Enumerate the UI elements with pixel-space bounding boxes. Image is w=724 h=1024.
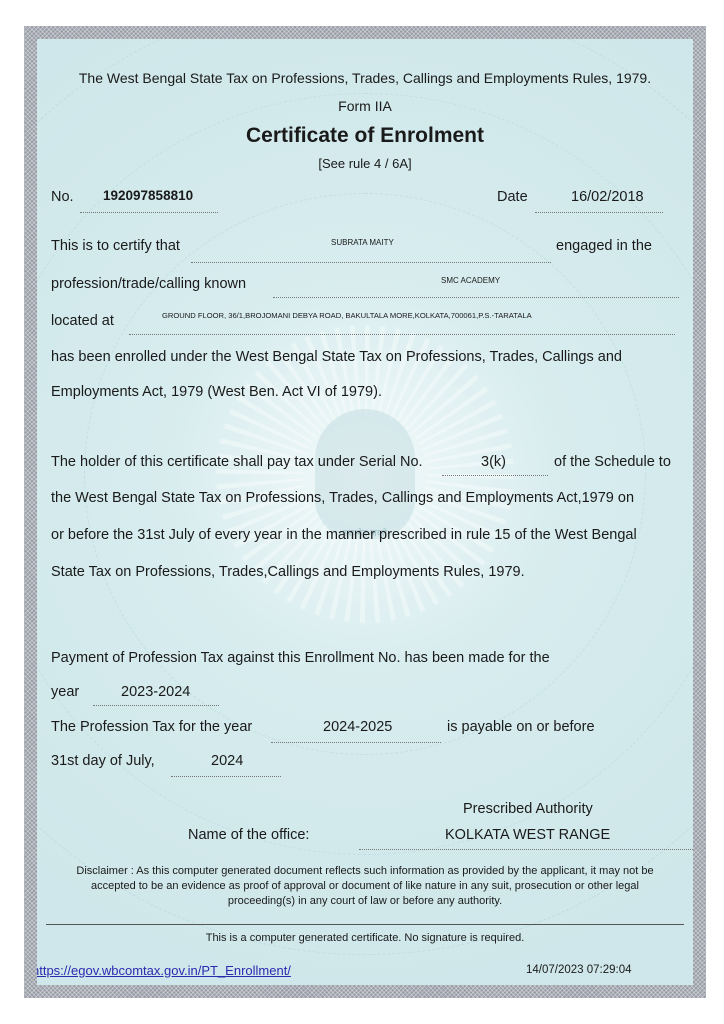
enrolment-no-label: No.: [51, 189, 74, 205]
business-name: SMC ACADEMY: [441, 276, 500, 285]
serial-number-underline: [442, 475, 548, 476]
due-date-label: 31st day of July,: [51, 753, 155, 769]
serial-number: 3(k): [481, 454, 506, 470]
enrolment-no-underline: [80, 212, 218, 213]
known-label: profession/trade/calling known: [51, 276, 246, 292]
schedule-line-1-prefix: The holder of this certificate shall pay…: [51, 454, 423, 470]
business-name-underline: [273, 297, 679, 298]
payment-line-1: Payment of Profession Tax against this E…: [51, 650, 550, 666]
paid-year-underline: [93, 705, 219, 706]
rule-reference: [See rule 4 / 6A]: [37, 156, 693, 171]
enrolled-line-2: Employments Act, 1979 (West Ben. Act VI …: [51, 384, 382, 400]
certificate-paper: सत्यमेव जयते The West Bengal State Tax o…: [37, 39, 693, 985]
office-name: KOLKATA WEST RANGE: [445, 827, 610, 843]
certify-suffix: engaged in the: [556, 238, 652, 254]
tax-year-underline: [271, 742, 441, 743]
paid-year-label: year: [51, 684, 79, 700]
schedule-line-4: State Tax on Professions, Trades,Calling…: [51, 564, 525, 580]
computer-generated-note: This is a computer generated certificate…: [37, 932, 693, 944]
holder-name-underline: [191, 262, 551, 263]
date-value: 16/02/2018: [571, 189, 644, 205]
certificate-title: Certificate of Enrolment: [37, 124, 693, 148]
schedule-line-1-suffix: of the Schedule to: [554, 454, 671, 470]
disclaimer-line-1: Disclaimer : As this computer generated …: [37, 865, 693, 877]
date-label: Date: [497, 189, 528, 205]
due-year: 2024: [211, 753, 243, 769]
office-label: Name of the office:: [188, 827, 309, 843]
tax-year: 2024-2025: [323, 719, 392, 735]
certify-prefix: This is to certify that: [51, 238, 180, 254]
form-number: Form IIA: [37, 98, 693, 114]
enrolment-no-value: 192097858810: [103, 188, 193, 203]
disclaimer-line-3: proceeding(s) in any court of law or bef…: [37, 895, 693, 907]
address-underline: [129, 334, 675, 335]
holder-name: SUBRATA MAITY: [331, 238, 394, 247]
disclaimer-line-2: accepted to be an evidence as proof of a…: [37, 880, 693, 892]
footer-divider: [46, 924, 684, 925]
rules-title: The West Bengal State Tax on Professions…: [37, 70, 693, 86]
schedule-line-2: the West Bengal State Tax on Professions…: [51, 490, 634, 506]
date-underline: [535, 212, 663, 213]
enrolled-line-1: has been enrolled under the West Bengal …: [51, 349, 622, 365]
schedule-line-3: or before the 31st July of every year in…: [51, 527, 637, 543]
print-timestamp: 14/07/2023 07:29:04: [526, 964, 632, 976]
portal-link[interactable]: https://egov.wbcomtax.gov.in/PT_Enrollme…: [37, 963, 291, 978]
tax-year-label: The Profession Tax for the year: [51, 719, 252, 735]
business-address: GROUND FLOOR, 36/1,BROJOMANI DEBYA ROAD,…: [162, 311, 532, 320]
paid-year: 2023-2024: [121, 684, 190, 700]
certificate-border: सत्यमेव जयते The West Bengal State Tax o…: [24, 26, 706, 998]
office-name-underline: [359, 849, 693, 850]
prescribed-authority: Prescribed Authority: [463, 801, 593, 817]
located-label: located at: [51, 313, 114, 329]
due-year-underline: [171, 776, 281, 777]
payable-label: is payable on or before: [447, 719, 595, 735]
national-emblem-watermark-icon: [315, 409, 415, 539]
